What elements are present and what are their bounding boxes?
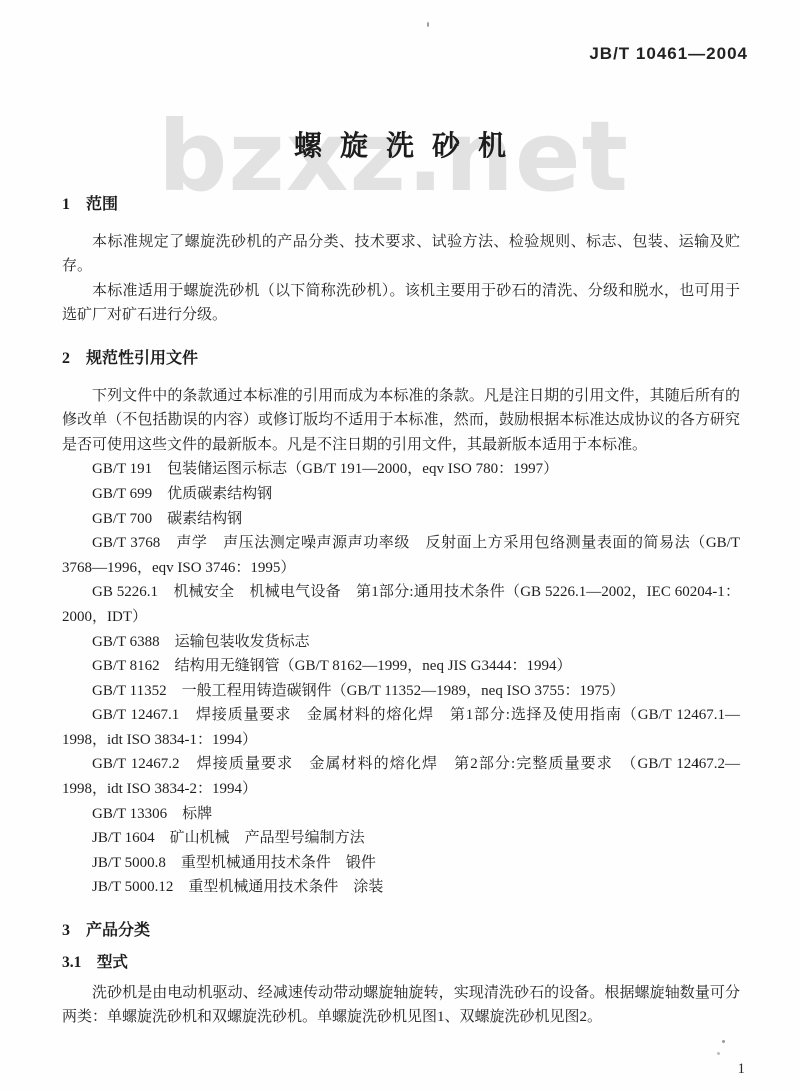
reference-item: GB/T 12467.2 焊接质量要求 金属材料的熔化焊 第2部分:完整质量要求… xyxy=(62,752,740,801)
reference-item: JB/T 1604 矿山机械 产品型号编制方法 xyxy=(62,826,740,851)
reference-item: GB/T 13306 标牌 xyxy=(62,802,740,827)
reference-item: JB/T 5000.12 重型机械通用技术条件 涂装 xyxy=(62,875,740,900)
scan-artifact xyxy=(722,1040,725,1043)
scan-artifact xyxy=(717,1052,720,1055)
reference-item: GB 5226.1 机械安全 机械电气设备 第1部分:通用技术条件（GB 522… xyxy=(62,580,740,629)
reference-item: GB/T 700 碳素结构钢 xyxy=(62,507,740,532)
standard-code: JB/T 10461—2004 xyxy=(589,44,748,64)
reference-item: GB/T 699 优质碳素结构钢 xyxy=(62,482,740,507)
section-3-1-heading: 3.1 型式 xyxy=(62,954,740,971)
reference-item: GB/T 3768 声学 声压法测定噪声源声功率级 反射面上方采用包络测量表面的… xyxy=(62,531,740,580)
reference-item: GB/T 8162 结构用无缝钢管（GB/T 8162—1999，neq JIS… xyxy=(62,654,740,679)
reference-item: GB/T 12467.1 焊接质量要求 金属材料的熔化焊 第1部分:选择及使用指… xyxy=(62,703,740,752)
section-1-heading: 1 范围 xyxy=(62,196,740,214)
section-2-heading: 2 规范性引用文件 xyxy=(62,350,740,368)
section-2-intro-paragraph: 下列文件中的条款通过本标准的引用而成为本标准的条款。凡是注日期的引用文件，其随后… xyxy=(62,384,740,458)
document-title: 螺旋洗砂机 xyxy=(0,124,800,164)
document-body: 1 范围 本标准规定了螺旋洗砂机的产品分类、技术要求、试验方法、检验规则、标志、… xyxy=(62,196,740,1030)
reference-item: GB/T 11352 一般工程用铸造碳钢件（GB/T 11352—1989，ne… xyxy=(62,679,740,704)
scan-artifact xyxy=(427,22,429,27)
reference-item: GB/T 6388 运输包装收发货标志 xyxy=(62,630,740,655)
document-page: bzxz.net JB/T 10461—2004 螺旋洗砂机 1 范围 本标准规… xyxy=(0,0,800,1090)
reference-item: JB/T 5000.8 重型机械通用技术条件 锻件 xyxy=(62,851,740,876)
page-number: 1 xyxy=(738,1061,746,1078)
section-1-paragraph: 本标准规定了螺旋洗砂机的产品分类、技术要求、试验方法、检验规则、标志、包装、运输… xyxy=(62,230,740,279)
section-1-paragraph: 本标准适用于螺旋洗砂机（以下简称洗砂机）。该机主要用于砂石的清洗、分级和脱水，也… xyxy=(62,279,740,328)
section-3-heading: 3 产品分类 xyxy=(62,922,740,940)
section-3-paragraph: 洗砂机是由电动机驱动、经减速传动带动螺旋轴旋转，实现清洗砂石的设备。根据螺旋轴数… xyxy=(62,981,740,1030)
reference-item: GB/T 191 包装储运图示标志（GB/T 191—2000，eqv ISO … xyxy=(62,457,740,482)
